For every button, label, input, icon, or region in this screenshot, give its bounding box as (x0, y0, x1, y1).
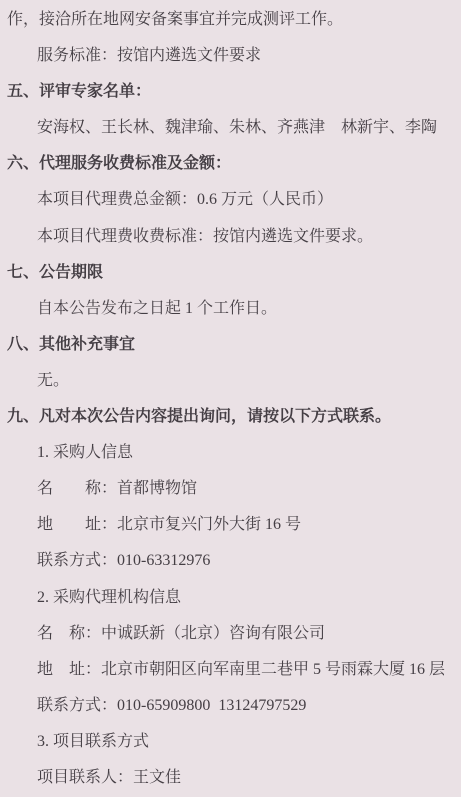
line-agency-info-title: 2. 采购代理机构信息 (7, 580, 457, 616)
line-purchaser-name: 名 称：首都博物馆 (7, 471, 457, 507)
line-agency-fee-standard: 本项目代理费收费标准：按馆内遴选文件要求。 (7, 219, 457, 255)
line-project-contact-title: 3. 项目联系方式 (7, 724, 457, 760)
line-purchaser-info-title: 1. 采购人信息 (7, 435, 457, 471)
line-agency-name: 名 称：中诚跃新（北京）咨询有限公司 (7, 616, 457, 652)
heading-section-9-contact: 九、凡对本次公告内容提出询问，请按以下方式联系。 (7, 399, 457, 435)
line-none: 无。 (7, 363, 457, 399)
line-purchaser-address: 地 址：北京市复兴门外大街 16 号 (7, 507, 457, 543)
line-agency-fee-total: 本项目代理费总金额：0.6 万元（人民币） (7, 182, 457, 218)
line-continuation: 作，接洽所在地网安备案事宜并完成测评工作。 (7, 2, 457, 38)
announcement-document: 作，接洽所在地网安备案事宜并完成测评工作。 服务标准：按馆内遴选文件要求 五、评… (0, 0, 461, 796)
heading-section-5-experts: 五、评审专家名单： (7, 74, 457, 110)
heading-section-7-period: 七、公告期限 (7, 255, 457, 291)
line-expert-names: 安海权、王长林、魏津瑜、朱林、齐燕津 林新宇、李陶 (7, 110, 457, 146)
line-agency-phone: 联系方式：010-65909800 13124797529 (7, 688, 457, 724)
line-purchaser-phone: 联系方式：010-63312976 (7, 543, 457, 579)
heading-section-6-agency-fee: 六、代理服务收费标准及金额： (7, 146, 457, 182)
line-project-contact-person: 项目联系人：王文佳 (7, 760, 457, 796)
line-agency-address: 地 址：北京市朝阳区向军南里二巷甲 5 号雨霖大厦 16 层 (7, 652, 457, 688)
line-announcement-period: 自本公告发布之日起 1 个工作日。 (7, 291, 457, 327)
heading-section-8-other: 八、其他补充事宜 (7, 327, 457, 363)
line-service-standard: 服务标准：按馆内遴选文件要求 (7, 38, 457, 74)
